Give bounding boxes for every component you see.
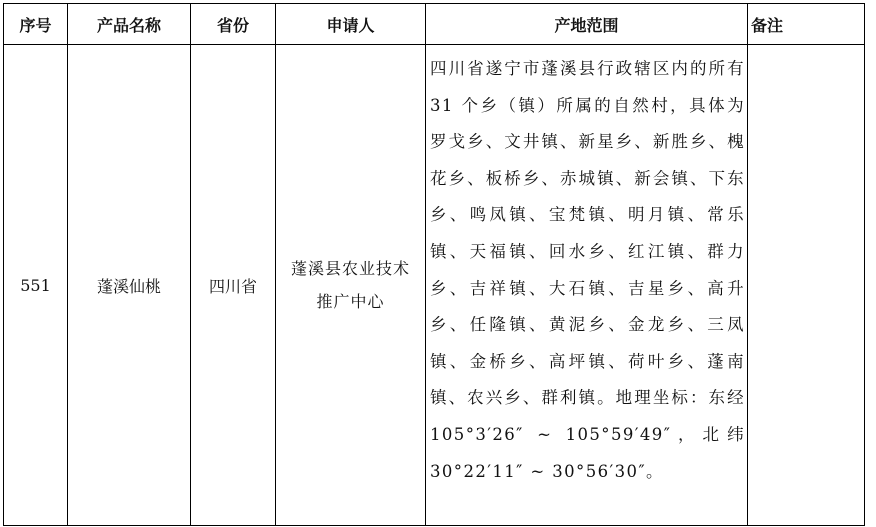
cell-applicant: 蓬溪县农业技术 推广中心 [276, 45, 426, 526]
table-row: 551 蓬溪仙桃 四川省 蓬溪县农业技术 推广中心 四川省遂宁市蓬溪县行政辖区内… [4, 45, 865, 526]
cell-seq: 551 [4, 45, 68, 526]
header-range: 产地范围 [426, 4, 748, 45]
header-row: 序号 产品名称 省份 申请人 产地范围 备注 [4, 4, 865, 45]
cell-range: 四川省遂宁市蓬溪县行政辖区内的所有 31 个乡（镇）所属的自然村，具体为罗戈乡、… [426, 45, 748, 526]
cell-product: 蓬溪仙桃 [68, 45, 191, 526]
header-note: 备注 [748, 4, 865, 45]
header-product: 产品名称 [68, 4, 191, 45]
header-province: 省份 [191, 4, 276, 45]
header-applicant: 申请人 [276, 4, 426, 45]
header-seq: 序号 [4, 4, 68, 45]
cell-province: 四川省 [191, 45, 276, 526]
applicant-line-2: 推广中心 [276, 285, 425, 318]
cell-note [748, 45, 865, 526]
applicant-line-1: 蓬溪县农业技术 [276, 252, 425, 285]
geographic-indication-table: 序号 产品名称 省份 申请人 产地范围 备注 551 蓬溪仙桃 四川省 蓬溪县农… [3, 3, 865, 526]
